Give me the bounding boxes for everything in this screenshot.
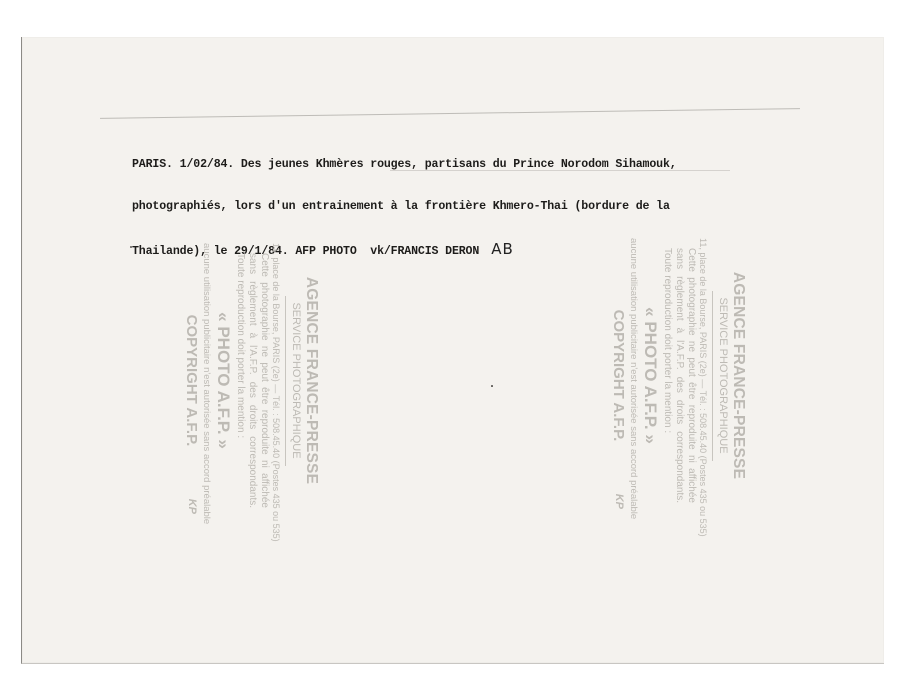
caption-line-2: photographiés, lors d'un entrainement à … <box>132 200 732 214</box>
stamp-agency: AGENCE FRANCE-PRESSE <box>729 238 747 513</box>
handwritten-initials: AB <box>491 240 514 258</box>
stamp-copyright: COPYRIGHT A.F.P. <box>183 315 200 447</box>
stamp-address: 11, place de la Bourse, PARIS (2e) — Tél… <box>270 243 282 518</box>
stamp-mention: « PHOTO A.F.P. » <box>212 243 234 518</box>
stamp-initials: KP <box>610 494 627 509</box>
caption-line-1: PARIS. 1/02/84. Des jeunes Khmères rouge… <box>132 158 732 172</box>
stamp-address: 11, place de la Bourse, PARIS (2e) — Tél… <box>697 238 709 513</box>
stamp-agency: AGENCE FRANCE-PRESSE <box>302 243 320 518</box>
stamp-copyright: COPYRIGHT A.F.P. <box>610 310 627 442</box>
stamp-initials: KP <box>183 499 200 514</box>
paper-speck <box>491 385 493 387</box>
stamp-service: SERVICE PHOTOGRAPHIQUE <box>289 243 302 518</box>
paper-speck <box>130 246 132 248</box>
stamp-usage: aucune utilisation publicitaire n'est au… <box>627 238 639 513</box>
stamp-notice: Cette photographie ne peut être reprodui… <box>234 243 270 518</box>
stamp-usage: aucune utilisation publicitaire n'est au… <box>200 243 212 518</box>
stamp-separator <box>712 291 713 461</box>
stamp-notice: Cette photographie ne peut être reprodui… <box>661 238 697 513</box>
afp-stamp-left: AGENCE FRANCE-PRESSE SERVICE PHOTOGRAPHI… <box>165 243 320 518</box>
stamp-copyright-row: COPYRIGHT A.F.P. KP <box>183 243 200 518</box>
afp-stamp-right: AGENCE FRANCE-PRESSE SERVICE PHOTOGRAPHI… <box>592 238 747 513</box>
stamp-mention: « PHOTO A.F.P. » <box>639 238 661 513</box>
stamp-copyright-row: COPYRIGHT A.F.P. KP <box>610 238 627 513</box>
stamp-separator <box>285 296 286 466</box>
stamp-service: SERVICE PHOTOGRAPHIQUE <box>716 238 729 513</box>
